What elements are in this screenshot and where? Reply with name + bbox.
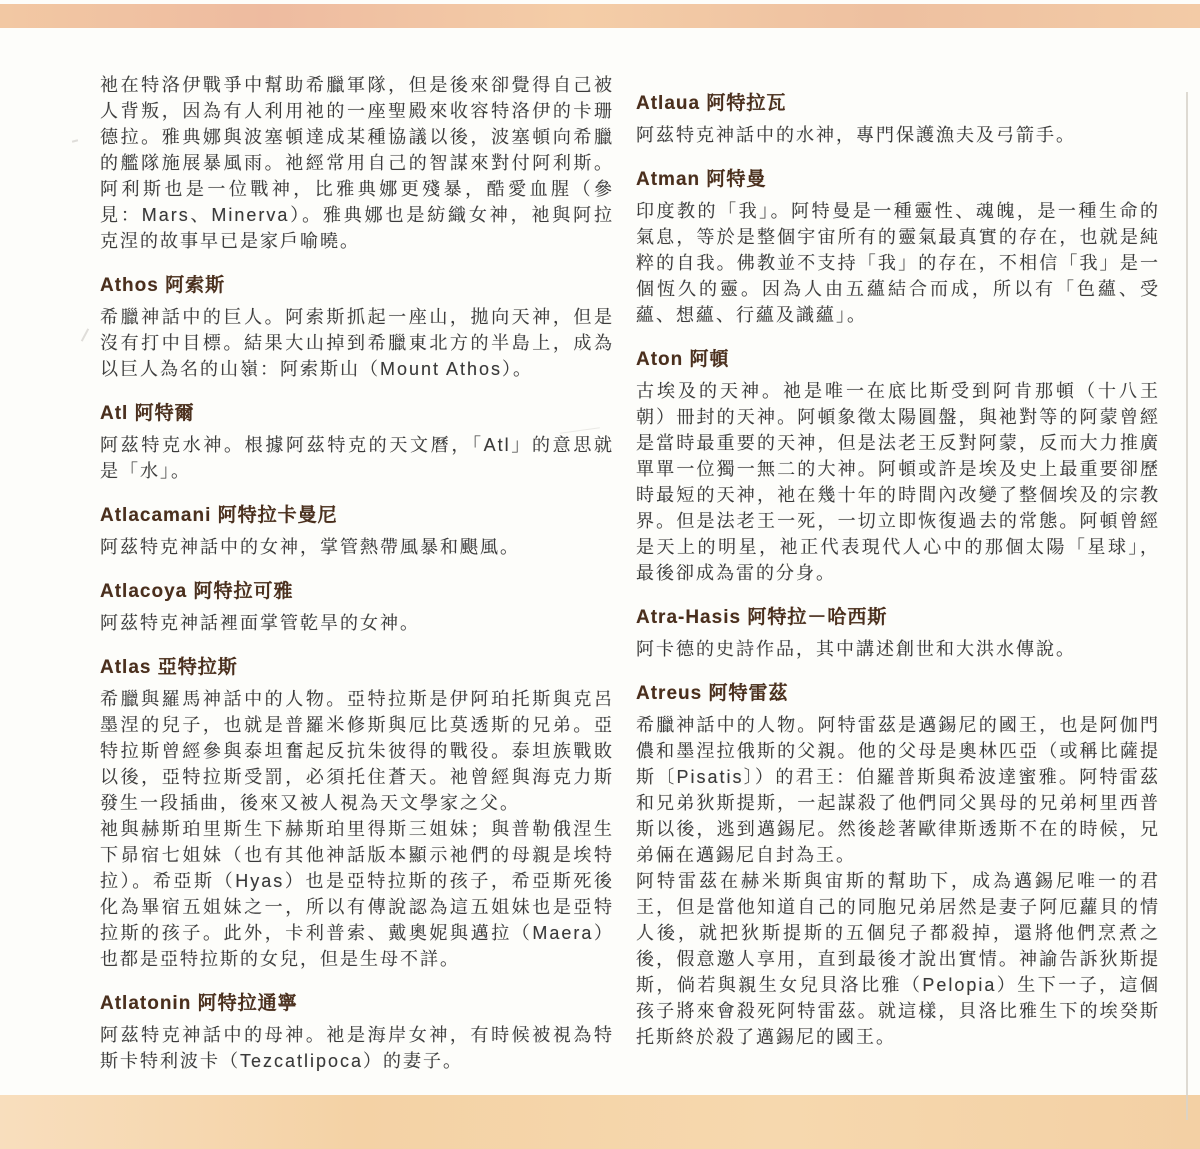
entry-headword: Atlatonin 阿特拉通寧 bbox=[100, 992, 614, 1016]
entry-paragraph: 阿卡德的史詩作品，其中講述創世和大洪水傳說。 bbox=[636, 636, 1160, 662]
entry-paragraph: 阿茲特克神話中的水神，專門保護漁夫及弓箭手。 bbox=[636, 122, 1160, 148]
entry-paragraph: 希臘神話中的巨人。阿索斯抓起一座山，拋向天神，但是沒有打中目標。結果大山掉到希臘… bbox=[100, 304, 614, 382]
entry-headword: Atlacamani 阿特拉卡曼尼 bbox=[100, 504, 614, 528]
entry-headword: Atra-Hasis 阿特拉－哈西斯 bbox=[636, 606, 1160, 630]
entry-paragraph: 阿茲特克神話中的女神，掌管熱帶風暴和颶風。 bbox=[100, 534, 614, 560]
entry-atl: Atl 阿特爾 阿茲特克水神。根據阿茲特克的天文曆，「Atl」的意思就是「水」。 bbox=[100, 402, 614, 484]
entry-atlaua: Atlaua 阿特拉瓦 阿茲特克神話中的水神，專門保護漁夫及弓箭手。 bbox=[636, 92, 1160, 148]
entry-atra-hasis: Atra-Hasis 阿特拉－哈西斯 阿卡德的史詩作品，其中講述創世和大洪水傳說… bbox=[636, 606, 1160, 662]
right-column: Atlaua 阿特拉瓦 阿茲特克神話中的水神，專門保護漁夫及弓箭手。 Atman… bbox=[636, 72, 1160, 1050]
entry-paragraph: 希臘神話中的人物。阿特雷茲是邁錫尼的國王，也是阿伽門儂和墨涅拉俄斯的父親。他的父… bbox=[636, 712, 1160, 868]
entry-atreus: Atreus 阿特雷茲 希臘神話中的人物。阿特雷茲是邁錫尼的國王，也是阿伽門儂和… bbox=[636, 682, 1160, 1050]
entry-paragraph: 希臘與羅馬神話中的人物。亞特拉斯是伊阿珀托斯與克呂墨涅的兒子，也就是普羅米修斯與… bbox=[100, 686, 614, 816]
page-right-edge-line bbox=[1186, 92, 1188, 1120]
entry-paragraph: 印度教的「我」。阿特曼是一種靈性、魂魄，是一種生命的氣息，等於是整個宇宙所有的靈… bbox=[636, 198, 1160, 328]
scan-artifact bbox=[72, 139, 78, 142]
entry-aton: Aton 阿頓 古埃及的天神。祂是唯一在底比斯受到阿肯那頓（十八王朝）冊封的天神… bbox=[636, 348, 1160, 586]
entry-headword: Atlaua 阿特拉瓦 bbox=[636, 92, 1160, 116]
entry-atlatonin: Atlatonin 阿特拉通寧 阿茲特克神話中的母神。祂是海岸女神，有時候被視為… bbox=[100, 992, 614, 1074]
entry-headword: Atman 阿特曼 bbox=[636, 168, 1160, 192]
entry-atlas: Atlas 亞特拉斯 希臘與羅馬神話中的人物。亞特拉斯是伊阿珀托斯與克呂墨涅的兒… bbox=[100, 656, 614, 972]
entry-paragraph: 古埃及的天神。祂是唯一在底比斯受到阿肯那頓（十八王朝）冊封的天神。阿頓象徵太陽圓… bbox=[636, 378, 1160, 586]
entry-paragraph: 阿茲特克神話中的母神。祂是海岸女神，有時候被視為特斯卡特利波卡（Tezcatli… bbox=[100, 1022, 614, 1074]
entry-athos: Athos 阿索斯 希臘神話中的巨人。阿索斯抓起一座山，拋向天神，但是沒有打中目… bbox=[100, 274, 614, 382]
entry-atlacoya: Atlacoya 阿特拉可雅 阿茲特克神話裡面掌管乾旱的女神。 bbox=[100, 580, 614, 636]
left-column: 祂在特洛伊戰爭中幫助希臘軍隊，但是後來卻覺得自己被人背叛，因為有人利用祂的一座聖… bbox=[100, 72, 614, 1074]
intro-paragraph: 祂在特洛伊戰爭中幫助希臘軍隊，但是後來卻覺得自己被人背叛，因為有人利用祂的一座聖… bbox=[100, 72, 614, 254]
entry-paragraph: 阿特雷茲在赫米斯與宙斯的幫助下，成為邁錫尼唯一的君王，但是當他知道自己的同胞兄弟… bbox=[636, 868, 1160, 1050]
entry-headword: Atreus 阿特雷茲 bbox=[636, 682, 1160, 706]
entry-headword: Atlacoya 阿特拉可雅 bbox=[100, 580, 614, 604]
entry-headword: Aton 阿頓 bbox=[636, 348, 1160, 372]
page-bottom-edge-band bbox=[0, 1095, 1200, 1149]
entry-paragraph: 祂與赫斯珀里斯生下赫斯珀里得斯三姐妹；與普勒俄涅生下昴宿七姐妹（也有其他神話版本… bbox=[100, 816, 614, 972]
entry-paragraph: 阿茲特克水神。根據阿茲特克的天文曆，「Atl」的意思就是「水」。 bbox=[100, 432, 614, 484]
page-top-edge-band bbox=[0, 4, 1200, 28]
scan-artifact bbox=[81, 328, 89, 341]
entry-headword: Athos 阿索斯 bbox=[100, 274, 614, 298]
entry-paragraph: 阿茲特克神話裡面掌管乾旱的女神。 bbox=[100, 610, 614, 636]
entry-headword: Atl 阿特爾 bbox=[100, 402, 614, 426]
entry-headword: Atlas 亞特拉斯 bbox=[100, 656, 614, 680]
entry-atman: Atman 阿特曼 印度教的「我」。阿特曼是一種靈性、魂魄，是一種生命的氣息，等… bbox=[636, 168, 1160, 328]
entry-atlacamani: Atlacamani 阿特拉卡曼尼 阿茲特克神話中的女神，掌管熱帶風暴和颶風。 bbox=[100, 504, 614, 560]
